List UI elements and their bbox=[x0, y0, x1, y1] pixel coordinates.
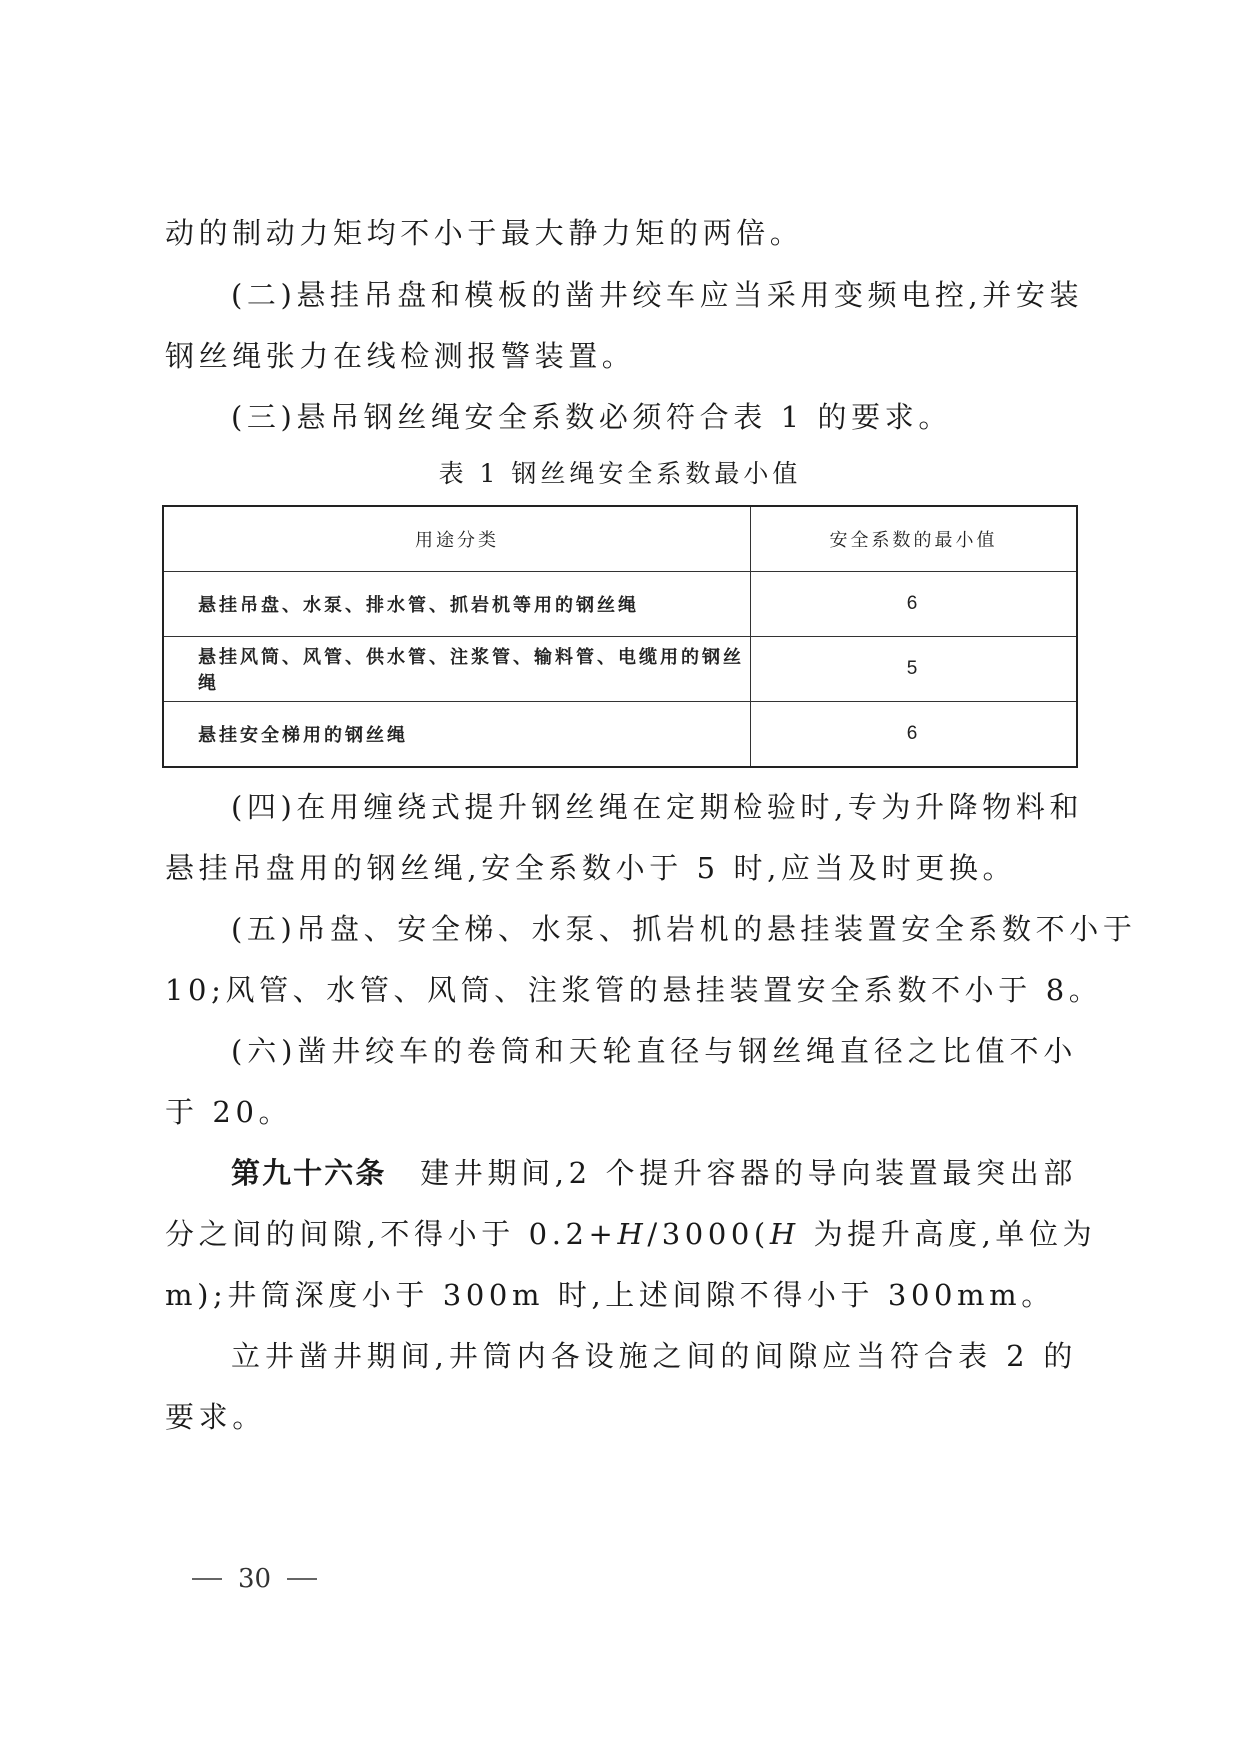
paragraph-item-4-line-2: 悬挂吊盘用的钢丝绳,安全系数小于 5 时,应当及时更换。 bbox=[165, 848, 1077, 888]
article-96-line-3: m);井筒深度小于 300m 时,上述间隙不得小于 300mm。 bbox=[165, 1275, 1077, 1315]
variable-h: H bbox=[770, 1217, 800, 1251]
cell-usage: 悬挂风筒、风管、供水管、注浆管、输料管、电缆用的钢丝绳 bbox=[163, 637, 751, 702]
cell-min-factor: 6 bbox=[751, 702, 1078, 768]
article-96-line-2: 分之间的间隙,不得小于 0.2+H/3000(H 为提升高度,单位为 bbox=[165, 1214, 1077, 1254]
cell-usage: 悬挂安全梯用的钢丝绳 bbox=[163, 702, 751, 768]
cell-min-factor: 5 bbox=[751, 637, 1078, 702]
table-header-row: 用途分类 安全系数的最小值 bbox=[163, 506, 1077, 572]
paragraph-item-5-line-2: 10;风管、水管、风筒、注浆管的悬挂装置安全系数不小于 8。 bbox=[165, 970, 1077, 1010]
paragraph-item-2-line-1: (二)悬挂吊盘和模板的凿井绞车应当采用变频电控,并安装 bbox=[231, 275, 1077, 315]
article-96-text: 建井期间,2 个提升容器的导向装置最突出部 bbox=[420, 1156, 1077, 1190]
dash-right bbox=[287, 1578, 317, 1580]
paragraph-item-3: (三)悬吊钢丝绳安全系数必须符合表 1 的要求。 bbox=[231, 397, 1077, 437]
paragraph-item-5-line-1: (五)吊盘、安全梯、水泵、抓岩机的悬挂装置安全系数不小于 bbox=[231, 909, 1077, 949]
article-96-heading: 第九十六条 bbox=[231, 1156, 386, 1190]
article-96-text: 为提升高度,单位为 bbox=[800, 1217, 1096, 1251]
variable-h: H bbox=[617, 1217, 647, 1251]
paragraph-brake-torque: 动的制动力矩均不小于最大静力矩的两倍。 bbox=[165, 213, 1077, 253]
article-96-text: /3000( bbox=[647, 1217, 770, 1251]
paragraph-item-6-line-2: 于 20。 bbox=[165, 1092, 1077, 1132]
paragraph-item-4-line-1: (四)在用缠绕式提升钢丝绳在定期检验时,专为升降物料和 bbox=[231, 787, 1077, 827]
dash-left bbox=[192, 1578, 222, 1580]
cell-min-factor: 6 bbox=[751, 572, 1078, 637]
column-header-min-factor: 安全系数的最小值 bbox=[751, 506, 1078, 572]
cell-usage: 悬挂吊盘、水泵、排水管、抓岩机等用的钢丝绳 bbox=[163, 572, 751, 637]
column-header-usage: 用途分类 bbox=[163, 506, 751, 572]
table-1-caption: 表 1 钢丝绳安全系数最小值 bbox=[0, 456, 1240, 492]
article-96-line-1: 第九十六条 建井期间,2 个提升容器的导向装置最突出部 bbox=[231, 1153, 1077, 1193]
table-1-safety-factors: 用途分类 安全系数的最小值 悬挂吊盘、水泵、排水管、抓岩机等用的钢丝绳 6 悬挂… bbox=[162, 505, 1078, 768]
paragraph-shaft-gaps-line-1: 立井凿井期间,井筒内各设施之间的间隙应当符合表 2 的 bbox=[231, 1336, 1077, 1376]
table-row: 悬挂安全梯用的钢丝绳 6 bbox=[163, 702, 1077, 768]
paragraph-item-6-line-1: (六)凿井绞车的卷筒和天轮直径与钢丝绳直径之比值不小 bbox=[231, 1031, 1077, 1071]
page-number: 30 bbox=[192, 1561, 317, 1597]
article-96-text: 分之间的间隙,不得小于 0.2+ bbox=[165, 1217, 617, 1251]
page-number-value: 30 bbox=[238, 1561, 271, 1597]
table-row: 悬挂风筒、风管、供水管、注浆管、输料管、电缆用的钢丝绳 5 bbox=[163, 637, 1077, 702]
table-row: 悬挂吊盘、水泵、排水管、抓岩机等用的钢丝绳 6 bbox=[163, 572, 1077, 637]
document-page: 动的制动力矩均不小于最大静力矩的两倍。 (二)悬挂吊盘和模板的凿井绞车应当采用变… bbox=[0, 0, 1240, 1753]
paragraph-shaft-gaps-line-2: 要求。 bbox=[165, 1397, 1077, 1437]
paragraph-item-2-line-2: 钢丝绳张力在线检测报警装置。 bbox=[165, 336, 1077, 376]
